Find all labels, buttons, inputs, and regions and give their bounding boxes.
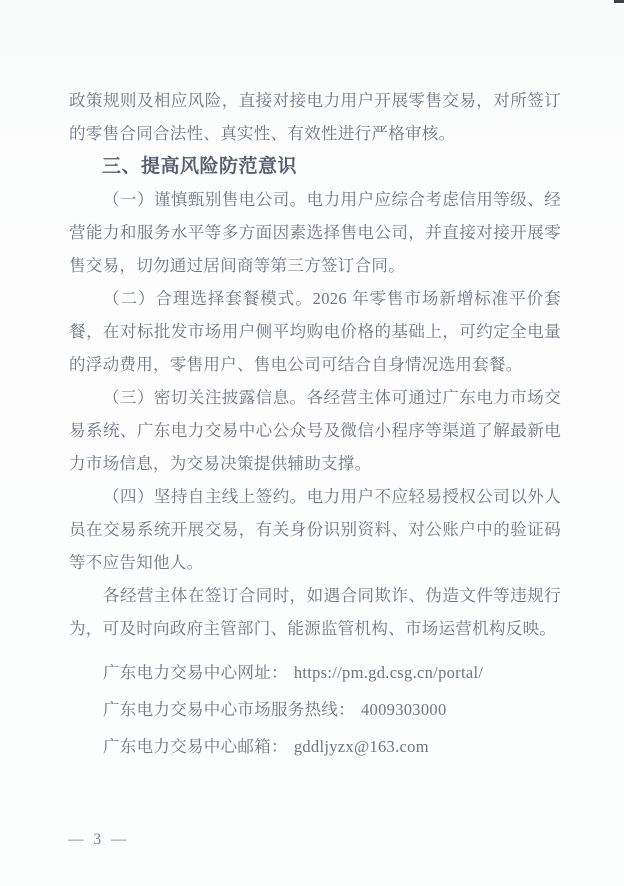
body-line: 各经营主体在签订合同时，如遇合同欺诈、伪造文件等违规行 <box>69 579 561 612</box>
contact-website-url: https://pm.gd.csg.cn/portal/ <box>294 663 483 682</box>
section-heading: 三、提高风险防范意识 <box>69 150 561 183</box>
contact-label: 广东电力交易中心市场服务热线： <box>103 700 355 719</box>
body-line: 营能力和服务水平等多方面因素选择售电公司，并直接对接开展零 <box>69 216 561 249</box>
body-line: 员在交易系统开展交易，有关身份识别资料、对公账户中的验证码 <box>69 513 561 546</box>
body-line: 易系统、广东电力交易中心公众号及微信小程序等渠道了解最新电 <box>69 414 561 447</box>
body-line: （三）密切关注披露信息。各经营主体可通过广东电力市场交 <box>69 381 561 414</box>
contact-hotline-number: 4009303000 <box>361 700 447 719</box>
contact-email-address: gddljyzx@163.com <box>294 737 429 756</box>
document-body: 政策规则及相应风险，直接对接电力用户开展零售交易，对所签订 的零售合同合法性、真… <box>69 84 561 765</box>
body-line: 的零售合同合法性、真实性、有效性进行严格审核。 <box>69 117 561 150</box>
contact-info-block: 广东电力交易中心网址：https://pm.gd.csg.cn/portal/ … <box>69 654 561 765</box>
body-line: 政策规则及相应风险，直接对接电力用户开展零售交易，对所签订 <box>69 84 561 117</box>
contact-line-hotline: 广东电力交易中心市场服务热线：4009303000 <box>69 691 561 728</box>
body-line: （四）坚持自主线上签约。电力用户不应轻易授权公司以外人 <box>69 480 561 513</box>
contact-line-website: 广东电力交易中心网址：https://pm.gd.csg.cn/portal/ <box>69 654 561 691</box>
scan-artifact-mark <box>614 0 624 3</box>
body-line: （二）合理选择套餐模式。2026 年零售市场新增标准平价套 <box>69 282 561 315</box>
body-line: 为，可及时向政府主管部门、能源监管机构、市场运营机构反映。 <box>69 612 561 645</box>
body-line: 售交易，切勿通过居间商等第三方签订合同。 <box>69 249 561 282</box>
body-line: （一）谨慎甄别售电公司。电力用户应综合考虑信用等级、经 <box>69 183 561 216</box>
body-line: 餐，在对标批发市场用户侧平均购电价格的基础上，可约定全电量 <box>69 315 561 348</box>
contact-line-email: 广东电力交易中心邮箱：gddljyzx@163.com <box>69 728 561 765</box>
body-line: 的浮动费用，零售用户、售电公司可结合自身情况选用套餐。 <box>69 348 561 381</box>
page-number: — 3 — <box>68 831 130 849</box>
contact-label: 广东电力交易中心网址： <box>103 663 288 682</box>
contact-label: 广东电力交易中心邮箱： <box>103 737 288 756</box>
body-line: 等不应告知他人。 <box>69 546 561 579</box>
scanned-document-page: 政策规则及相应风险，直接对接电力用户开展零售交易，对所签订 的零售合同合法性、真… <box>0 0 624 886</box>
body-line: 力市场信息，为交易决策提供辅助支撑。 <box>69 447 561 480</box>
